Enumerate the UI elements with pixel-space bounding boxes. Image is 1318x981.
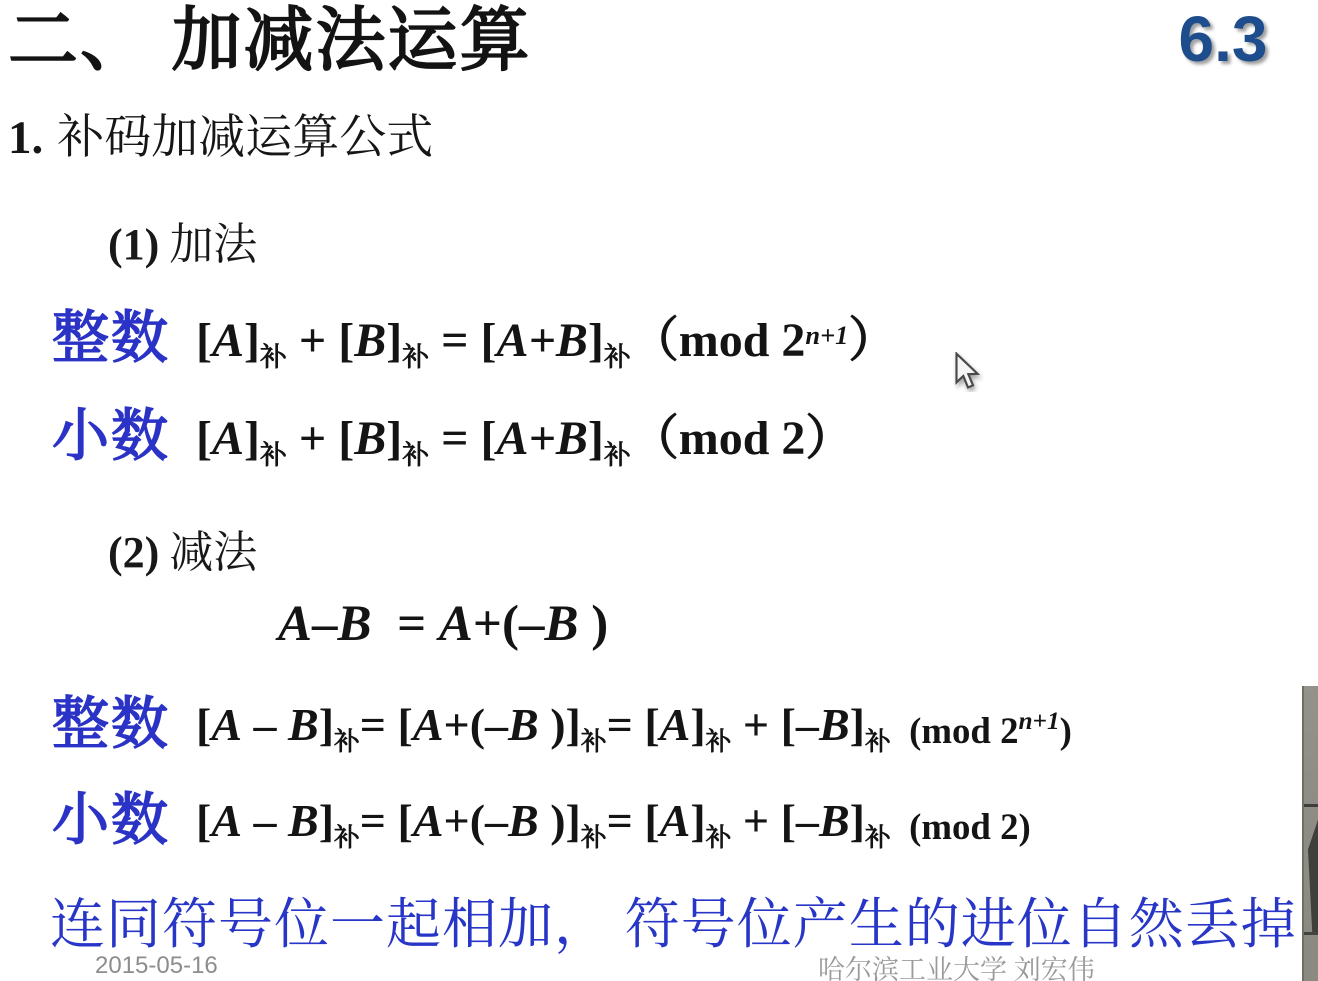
- subheading-subtraction: (2)减法: [108, 516, 257, 580]
- formula-decimal-addition: [A]补 + [B]补 = [A+B]补（mod 2）: [196, 404, 853, 474]
- footer-date: 2015-05-16: [95, 952, 218, 980]
- formula-segment: A: [660, 699, 691, 750]
- formula-segment: + [–: [731, 699, 819, 750]
- formula-segment: ]: [850, 795, 865, 846]
- formula-segment: )]: [539, 795, 581, 846]
- formula-segment: 补: [706, 727, 732, 756]
- formula-segment: =: [372, 596, 439, 652]
- formula-segment: A+B: [496, 314, 587, 367]
- formula-segment: B: [544, 596, 578, 652]
- formula-segment: ]: [690, 699, 705, 750]
- formula-segment: ]: [850, 699, 865, 750]
- formula-segment: n+1: [805, 320, 848, 350]
- formula-segment: B: [508, 699, 539, 750]
- formula-row-decimal-addition: 小数 [A]补 + [B]补 = [A+B]补（mod 2）: [52, 404, 853, 474]
- subheading-addition: (1)加法: [108, 208, 257, 272]
- subheading-addition-text: 加法: [169, 220, 257, 269]
- formula-segment: A: [660, 795, 691, 846]
- formula-segment: ]: [386, 412, 402, 465]
- formula-segment: = [: [429, 412, 496, 465]
- formula-segment: = [: [360, 699, 413, 750]
- subheading-subtraction-number: (2): [108, 528, 159, 577]
- formula-segment: = [: [607, 699, 660, 750]
- formula-segment: 补: [581, 823, 607, 852]
- formula-segment: 补: [604, 440, 631, 470]
- formula-segment: –: [242, 795, 288, 846]
- formula-segment: A: [212, 314, 244, 367]
- formula-segment: 补: [402, 342, 429, 372]
- formula-segment: +(–: [444, 795, 509, 846]
- formula-segment: = [: [607, 795, 660, 846]
- heading-number: 1.: [8, 112, 43, 164]
- formula-row-integer-subtraction: 整数 [A – B]补= [A+(–B )]补= [A]补 + [–B]补 (m…: [52, 692, 1318, 759]
- formula-segment: 补: [604, 342, 631, 372]
- formula-row-subtraction-definition: A–B = A+(–B ): [278, 588, 608, 662]
- formula-segment: [: [196, 699, 211, 750]
- formula-segment: ): [1060, 710, 1072, 751]
- formula-segment: ]: [244, 412, 260, 465]
- formula-segment: A: [439, 596, 473, 652]
- formula-segment: [: [196, 314, 212, 367]
- label-integer: 整数: [52, 692, 170, 758]
- formula-segment: + [–: [731, 795, 819, 846]
- formula-segment: + [: [287, 314, 354, 367]
- formula-segment: ]: [588, 314, 604, 367]
- formula-segment: +(–: [444, 699, 509, 750]
- formula-segment: A: [278, 596, 312, 652]
- formula-segment: A: [212, 412, 244, 465]
- formula-segment: –: [312, 596, 338, 652]
- formula-segment: A+B: [496, 412, 587, 465]
- formula-decimal-subtraction: [A – B]补= [A+(–B )]补= [A]补 + [–B]补 (mod …: [196, 788, 1031, 855]
- formula-segment: A: [413, 699, 444, 750]
- conclusion-note: 连同符号位一起相加， 符号位产生的进位自然丢掉: [50, 880, 1297, 959]
- formula-segment: ): [578, 596, 608, 652]
- formula-segment: ]: [244, 314, 260, 367]
- formula-segment: 补: [260, 342, 287, 372]
- page-title: 二、 加减法运算: [8, 0, 532, 85]
- formula-segment: [: [196, 412, 212, 465]
- formula-segment: B: [288, 699, 319, 750]
- formula-segment: B: [288, 795, 319, 846]
- formula-segment: 补: [865, 727, 891, 756]
- formula-segment: [: [196, 795, 211, 846]
- edge-strip-divider: [1304, 804, 1318, 807]
- formula-segment: （mod 2）: [631, 412, 854, 465]
- formula-segment: +(–: [473, 596, 545, 652]
- formula-segment: ）: [848, 314, 896, 367]
- formula-segment: B: [354, 412, 386, 465]
- formula-segment: 补: [581, 727, 607, 756]
- formula-segment: )]: [539, 699, 581, 750]
- formula-segment: –: [242, 699, 288, 750]
- formula-segment: (mod 2): [891, 806, 1031, 847]
- formula-segment: ]: [588, 412, 604, 465]
- formula-segment: B: [819, 795, 850, 846]
- formula-segment: A: [211, 795, 242, 846]
- formula-segment: A: [211, 699, 242, 750]
- label-decimal: 小数: [52, 404, 170, 470]
- heading-formula-section: 1.补码加减运算公式: [8, 100, 433, 167]
- edge-strip-dark-wedge: [1308, 814, 1318, 932]
- formula-segment: ]: [386, 314, 402, 367]
- formula-segment: （mod 2: [631, 314, 806, 367]
- formula-segment: B: [508, 795, 539, 846]
- right-edge-window-sliver: [1302, 686, 1318, 981]
- formula-segment: B: [354, 314, 386, 367]
- formula-segment: ]: [690, 795, 705, 846]
- formula-segment: 补: [260, 440, 287, 470]
- formula-segment: A: [413, 795, 444, 846]
- formula-segment: = [: [429, 314, 496, 367]
- formula-segment: n+1: [1018, 707, 1059, 735]
- formula-segment: 补: [334, 727, 360, 756]
- formula-segment: 补: [402, 440, 429, 470]
- mouse-cursor-icon: [952, 352, 986, 392]
- heading-text: 补码加减运算公式: [57, 112, 433, 164]
- formula-segment: ]: [319, 699, 334, 750]
- slide-canvas: { "slide": { "title": "二、 加减法运算", "secti…: [0, 0, 1318, 981]
- formula-segment: 补: [706, 823, 732, 852]
- formula-segment: ]: [319, 795, 334, 846]
- formula-row-integer-addition: 整数 [A]补 + [B]补 = [A+B]补（mod 2n+1）: [52, 306, 896, 376]
- formula-integer-subtraction: [A – B]补= [A+(–B )]补= [A]补 + [–B]补 (mod …: [196, 692, 1072, 759]
- formula-subtraction-definition: A–B = A+(–B ): [278, 588, 608, 662]
- label-integer: 整数: [52, 306, 170, 372]
- formula-segment: (mod 2: [891, 710, 1019, 751]
- formula-segment: = [: [360, 795, 413, 846]
- formula-segment: 补: [865, 823, 891, 852]
- section-number-badge: 6.3: [1158, 2, 1288, 76]
- formula-integer-addition: [A]补 + [B]补 = [A+B]补（mod 2n+1）: [196, 306, 896, 376]
- formula-segment: 补: [334, 823, 360, 852]
- formula-segment: + [: [287, 412, 354, 465]
- formula-segment: B: [338, 596, 372, 652]
- formula-segment: B: [819, 699, 850, 750]
- label-decimal: 小数: [52, 788, 170, 854]
- formula-row-decimal-subtraction: 小数 [A – B]补= [A+(–B )]补= [A]补 + [–B]补 (m…: [52, 788, 1318, 855]
- subheading-subtraction-text: 减法: [169, 528, 257, 577]
- edge-strip-divider: [1304, 932, 1318, 935]
- subheading-addition-number: (1): [108, 220, 159, 269]
- footer-author: 哈尔滨工业大学 刘宏伟: [818, 948, 1095, 981]
